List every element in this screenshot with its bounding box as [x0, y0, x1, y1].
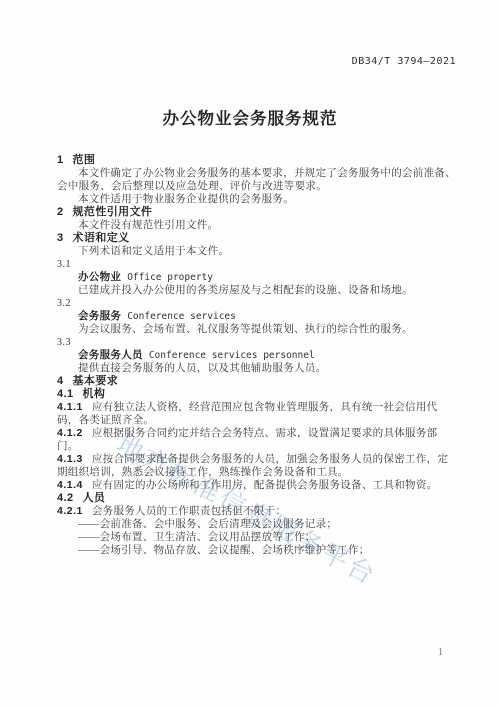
section-1-paragraph-2: 本文件适用于物业服务企业提供的会务服务。 [57, 193, 456, 206]
term-3-definition: 提供直接会务服务的人员，以及其他辅助服务人员。 [57, 362, 456, 375]
section-4-2-number: 4.2 [57, 492, 74, 504]
clause-4-1-1: 4.1.1应有独立法人资格，经营范围应包含物业管理服务，具有统一社会信用代码，各… [57, 401, 456, 427]
section-2-heading: 2规范性引用文件 [57, 206, 456, 219]
clause-4-2-1-number: 4.2.1 [57, 505, 83, 517]
section-3-number: 3 [57, 232, 64, 244]
document-body: 1范围 本文件确定了办公物业会务服务的基本要求，并规定了会务服务中的会前准备、会… [57, 154, 456, 557]
term-1-number: 3.1 [57, 258, 456, 271]
term-2-name-zh: 会务服务 [78, 310, 121, 322]
clause-4-2-1-text: 会务服务人员的工作职责包括但不限于： [92, 506, 286, 517]
section-2-number: 2 [57, 206, 64, 218]
section-4-1-heading: 4.1机构 [57, 388, 456, 401]
section-4-1-title: 机构 [83, 388, 106, 400]
clause-4-1-3-text: 应按合同要求配备提供会务服务的人员，加强会务服务人员的保密工作，定期组织培训，熟… [57, 454, 448, 478]
section-3-title: 术语和定义 [73, 232, 130, 244]
term-1-name: 办公物业Office property [57, 271, 456, 284]
section-4-1-number: 4.1 [57, 388, 74, 400]
section-4-number: 4 [57, 375, 64, 387]
section-1-heading: 1范围 [57, 154, 456, 167]
section-4-2-heading: 4.2人员 [57, 492, 456, 505]
clause-4-1-3: 4.1.3应按合同要求配备提供会务服务的人员，加强会务服务人员的保密工作，定期组… [57, 453, 456, 479]
duty-list-item-2: ——会场布置、卫生清洁、会议用品摆放等工作； [57, 531, 456, 544]
section-1-number: 1 [57, 154, 64, 166]
clause-4-1-1-text: 应有独立法人资格，经营范围应包含物业管理服务，具有统一社会信用代码，各类证照齐全… [57, 402, 437, 426]
document-title: 办公物业会务服务规范 [0, 105, 500, 129]
term-2-name-en: Conference services [127, 311, 236, 322]
term-2-definition: 为会议服务、会场布置、礼仪服务等提供策划、执行的综合性的服务。 [57, 323, 456, 336]
clause-4-2-1: 4.2.1会务服务人员的工作职责包括但不限于： [57, 505, 456, 518]
page-number: 1 [438, 647, 443, 658]
term-2-name: 会务服务Conference services [57, 310, 456, 323]
section-2-title: 规范性引用文件 [73, 206, 153, 218]
term-1-name-zh: 办公物业 [78, 271, 121, 283]
clause-4-1-2-text: 应根据服务合同约定并结合会务特点、需求，设置满足要求的具体服务部门。 [57, 428, 437, 452]
clause-4-1-4-text: 应有固定的办公场所和工作用房，配备提供会务服务设备、工具和物资。 [92, 480, 438, 491]
section-4-2-title: 人员 [83, 492, 106, 504]
term-3-name-en: Conference services personnel [149, 350, 315, 361]
clause-4-1-1-number: 4.1.1 [57, 401, 83, 413]
document-page: 地方标准信息服务平台 DB34/T 3794—2021 办公物业会务服务规范 1… [0, 0, 500, 707]
clause-4-1-4-number: 4.1.4 [57, 479, 83, 491]
term-3-name: 会务服务人员Conference services personnel [57, 349, 456, 362]
section-1-paragraph-1: 本文件确定了办公物业会务服务的基本要求，并规定了会务服务中的会前准备、会中服务、… [57, 167, 456, 193]
duty-list-item-3: ——会场引导、物品存放、会议提醒、会场秩序维护等工作； [57, 544, 456, 557]
section-2-paragraph-1: 本文件没有规范性引用文件。 [57, 219, 456, 232]
section-3-intro: 下列术语和定义适用于本文件。 [57, 245, 456, 258]
standard-code: DB34/T 3794—2021 [352, 56, 456, 67]
term-3-number: 3.3 [57, 336, 456, 349]
section-3-heading: 3术语和定义 [57, 232, 456, 245]
section-4-title: 基本要求 [73, 375, 119, 387]
term-2-number: 3.2 [57, 297, 456, 310]
duty-list-item-1: ——会前准备、会中服务、会后清理及会议服务记录； [57, 518, 456, 531]
section-1-title: 范围 [73, 154, 96, 166]
term-1-name-en: Office property [127, 272, 213, 283]
clause-4-1-4: 4.1.4应有固定的办公场所和工作用房，配备提供会务服务设备、工具和物资。 [57, 479, 456, 492]
clause-4-1-3-number: 4.1.3 [57, 453, 83, 465]
term-1-definition: 已建成并投入办公使用的各类房屋及与之相配套的设施、设备和场地。 [57, 284, 456, 297]
section-4-heading: 4基本要求 [57, 375, 456, 388]
term-3-name-zh: 会务服务人员 [78, 349, 143, 361]
clause-4-1-2: 4.1.2应根据服务合同约定并结合会务特点、需求，设置满足要求的具体服务部门。 [57, 427, 456, 453]
clause-4-1-2-number: 4.1.2 [57, 427, 83, 439]
